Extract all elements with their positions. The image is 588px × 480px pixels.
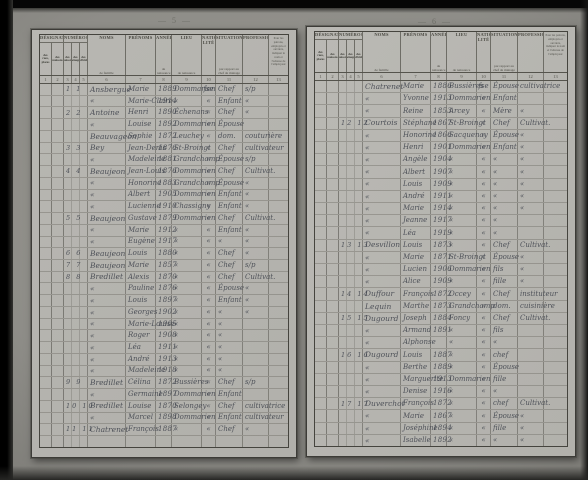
cell-profession: « (243, 295, 269, 306)
cell-designation-2 (52, 178, 64, 189)
cell-birth-place: Grandchamp (447, 301, 477, 312)
cell-designation-2 (327, 313, 339, 324)
cell-family-name: « (88, 389, 126, 400)
cell-situation: Épouse (216, 154, 243, 165)
cell-first-name: André (126, 354, 156, 365)
cell-birth-place: Selongey (172, 401, 202, 412)
table-row: « Albert 1905 Dommarien « Enfant « (40, 190, 288, 202)
cell-family-name: « (363, 166, 401, 177)
cell-situation: Enfant (216, 190, 243, 201)
cell-nationality: « (477, 362, 491, 373)
cell-nationality: « (477, 166, 491, 177)
cell-nationality: « (202, 154, 216, 165)
cell-designation-2 (327, 105, 339, 116)
cell-family-name: « (88, 330, 126, 341)
cell-designation-2 (52, 342, 64, 353)
cell-family-name: Beaujeon (88, 213, 126, 224)
table-row: « Marie 1867 « « Épouse « (315, 410, 567, 422)
cell-first-name: Léa (401, 227, 431, 238)
table-row: 10 10 Bredillet Louise 1870 Selongey « C… (40, 401, 288, 413)
cell-birth-place: « (447, 337, 477, 348)
cell-designation-1 (40, 248, 52, 259)
cell-birth-year: 1887 (156, 424, 172, 435)
cell-first-name: Albert (126, 190, 156, 201)
scanned-census-register: — 5 — — 6 — DÉSIGNATION des rues, places… (0, 0, 588, 480)
table-row: « Pauline 1876 « « Épouse « (40, 283, 288, 295)
cell-birth-year: 1889 (431, 362, 447, 373)
cell-observations (269, 201, 288, 212)
cell-family-name (88, 436, 126, 447)
cell-nationality: « (477, 374, 491, 385)
cell-observations (544, 154, 567, 165)
cell-first-name: François (126, 424, 156, 435)
scanner-edge-bottom (0, 466, 588, 480)
cell-household-number (64, 225, 88, 236)
cell-profession (518, 215, 544, 226)
cell-designation-1 (315, 349, 327, 360)
cell-observations (269, 366, 288, 377)
cell-designation-2 (52, 166, 64, 177)
cell-nationality: « (477, 203, 491, 214)
cell-nationality: « (477, 398, 491, 409)
cell-birth-place: « (447, 362, 477, 373)
cell-designation-2 (327, 386, 339, 397)
cell-nationality: « (202, 237, 216, 248)
cell-situation: « (216, 342, 243, 353)
cell-birth-place: « (447, 325, 477, 336)
cell-household-number: 12 12 (339, 118, 363, 129)
cell-birth-place: « (172, 342, 202, 353)
cell-birth-year: 1905 (156, 319, 172, 330)
table-row: « Henri 1901 Dommarien « Enfant « (315, 142, 567, 154)
cell-profession: « (518, 203, 544, 214)
cell-birth-year: 1872 (156, 377, 172, 388)
cell-designation-2 (52, 366, 64, 377)
cell-birth-year: 1907 (431, 166, 447, 177)
cell-designation-2 (327, 252, 339, 263)
cell-designation-1 (315, 81, 327, 92)
census-page-left: DÉSIGNATION des rues, places des maisons… (31, 29, 297, 458)
cell-household-number (339, 325, 363, 336)
cell-family-name: Beaujeon (88, 260, 126, 271)
cell-first-name: Jeanne (401, 215, 431, 226)
table-row: « Louis 1909 « « « « (315, 179, 567, 191)
cell-designation-1 (315, 362, 327, 373)
cell-birth-place: « (172, 283, 202, 294)
cell-household-number (64, 237, 88, 248)
cell-observations (269, 319, 288, 330)
cell-profession: s/p (243, 154, 269, 165)
cell-birth-year: 1873 (431, 240, 447, 251)
cell-observations (544, 264, 567, 275)
scanner-edge-top-shadow (0, 8, 588, 13)
cell-birth-place: Dommarien (172, 119, 202, 130)
cell-designation-2 (52, 260, 64, 271)
cell-first-name: Marcel (126, 413, 156, 424)
table-row: 11 11 Chatrenet François 1887 « « Chef « (40, 424, 288, 436)
cell-first-name: Albert (401, 166, 431, 177)
cell-birth-year: 1910 (156, 201, 172, 212)
header-col-designation: DÉSIGNATION des rues, places des maisons (40, 35, 64, 75)
cell-nationality: « (202, 96, 216, 107)
cell-situation: Épouse (491, 81, 518, 92)
cell-birth-place: Dommarien (172, 413, 202, 424)
cell-nationality: « (202, 413, 216, 424)
cell-observations (544, 179, 567, 190)
cell-designation-2 (52, 377, 64, 388)
cell-situation: Enfant (216, 201, 243, 212)
cell-designation-2 (52, 201, 64, 212)
census-page-right: DÉSIGNATION des rues, places des maisons… (306, 26, 576, 457)
cell-situation: fille (491, 423, 518, 434)
cell-designation-1 (40, 377, 52, 388)
cell-designation-1 (40, 84, 52, 95)
cell-first-name: Honorine (401, 130, 431, 141)
cell-designation-2 (52, 84, 64, 95)
cell-birth-place: « (447, 240, 477, 251)
cell-family-name: « (88, 283, 126, 294)
cell-profession: « (518, 252, 544, 263)
cell-nationality: « (202, 295, 216, 306)
table-row: « Roger 1908 « « « (40, 330, 288, 342)
table-row: « Albert 1907 « « « « (315, 166, 567, 178)
cell-designation-2 (52, 131, 64, 142)
cell-birth-year: 1912 (156, 225, 172, 236)
cell-household-number (64, 96, 88, 107)
cell-designation-2 (52, 319, 64, 330)
cell-family-name: « (363, 252, 401, 263)
cell-nationality: « (477, 386, 491, 397)
cell-first-name: Louis (126, 248, 156, 259)
cell-designation-1 (40, 366, 52, 377)
table-row: « André 1913 « « « (40, 354, 288, 366)
cell-designation-2 (327, 362, 339, 373)
cell-birth-place: « (172, 307, 202, 318)
cell-nationality: fse (477, 81, 491, 92)
cell-designation-1 (40, 96, 52, 107)
cell-designation-1 (315, 240, 327, 251)
cell-family-name: Duverchot (363, 398, 401, 409)
cell-observations (544, 166, 567, 177)
cell-observations (269, 377, 288, 388)
cell-designation-1 (40, 213, 52, 224)
cell-designation-1 (315, 252, 327, 263)
header-col-profession: PROFESSION (518, 32, 544, 72)
cell-first-name: Marguerite (401, 374, 431, 385)
cell-family-name: « (363, 154, 401, 165)
cell-first-name: Sophie (126, 131, 156, 142)
cell-birth-place: Occey (447, 288, 477, 299)
cell-nationality: « (202, 248, 216, 259)
cell-situation: « (216, 354, 243, 365)
cell-designation-2 (327, 349, 339, 360)
census-table-right: DÉSIGNATION des rues, places des maisons… (314, 31, 568, 447)
cell-designation-2 (52, 295, 64, 306)
cell-family-name: Bey (88, 143, 126, 154)
cell-designation-2 (327, 398, 339, 409)
cell-designation-2 (327, 191, 339, 202)
cell-birth-year: 1897 (156, 389, 172, 400)
cell-household-number: 11 11 (64, 424, 88, 435)
cell-first-name: Marie (401, 410, 431, 421)
cell-birth-place: « (172, 354, 202, 365)
table-row: « Honorine 1883 Grandchamp « Épouse « (40, 178, 288, 190)
cell-family-name: « (88, 366, 126, 377)
table-row: 9 9 Bredillet Célina 1872 Bussières « Ch… (40, 377, 288, 389)
cell-birth-year: 1917 (156, 237, 172, 248)
table-row: « Lucienne 1910 Chassigny « Enfant « (40, 201, 288, 213)
cell-profession (243, 436, 269, 447)
cell-situation: Chef (216, 260, 243, 271)
cell-profession (243, 342, 269, 353)
cell-designation-2 (52, 272, 64, 283)
cell-designation-1 (40, 413, 52, 424)
cell-nationality: « (202, 131, 216, 142)
cell-birth-place: Chassigny (172, 201, 202, 212)
cell-situation: « (491, 337, 518, 348)
cell-situation: Chef (216, 143, 243, 154)
cell-nationality: « (202, 143, 216, 154)
cell-birth-year: 1876 (156, 143, 172, 154)
cell-first-name: Henri (126, 107, 156, 118)
cell-observations (269, 154, 288, 165)
cell-family-name: Beauvageon (88, 131, 126, 142)
cell-first-name: André (401, 191, 431, 202)
cell-designation-1 (40, 154, 52, 165)
header-col-profession: PROFESSION (243, 35, 269, 75)
cell-profession (518, 349, 544, 360)
cell-nationality: « (477, 93, 491, 104)
cell-birth-place: « (447, 227, 477, 238)
header-col-prenoms: PRÉNOMS (401, 32, 431, 72)
cell-first-name: Marthe (401, 301, 431, 312)
cell-designation-2 (327, 142, 339, 153)
cell-family-name: Duffour (363, 288, 401, 299)
cell-profession: « (518, 154, 544, 165)
cell-observations (544, 325, 567, 336)
cell-observations (544, 337, 567, 348)
table-row: 12 12 Courtois Stéphane 1867 St-Broingt … (315, 118, 567, 130)
cell-situation: Chef (491, 313, 518, 324)
cell-household-number (64, 283, 88, 294)
cell-family-name: Chatrenet (363, 81, 401, 92)
cell-designation-2 (52, 213, 64, 224)
cell-birth-place: « (172, 366, 202, 377)
cell-birth-place: St-Broingt (172, 143, 202, 154)
cell-birth-year: 1870 (156, 401, 172, 412)
cell-designation-1 (315, 435, 327, 446)
cell-family-name: « (363, 215, 401, 226)
cell-first-name: Alexis (126, 272, 156, 283)
cell-birth-year: 1886 (431, 81, 447, 92)
cell-nationality: « (477, 301, 491, 312)
cell-household-number (339, 276, 363, 287)
cell-family-name: « (363, 337, 401, 348)
cell-observations (544, 362, 567, 373)
cell-birth-year: 1880 (156, 248, 172, 259)
cell-household-number: 8 8 (64, 272, 88, 283)
cell-designation-1 (315, 93, 327, 104)
cell-nationality: « (202, 213, 216, 224)
cell-situation: Chef (216, 272, 243, 283)
table-row: « Marie 1912 « « Enfant « (40, 225, 288, 237)
cell-household-number: 6 6 (64, 248, 88, 259)
cell-designation-2 (327, 118, 339, 129)
cell-first-name: Georges (126, 307, 156, 318)
cell-profession (518, 337, 544, 348)
cell-profession: « (518, 276, 544, 287)
cell-nationality: « (477, 435, 491, 446)
cell-designation-2 (327, 410, 339, 421)
cell-situation: Enfant (216, 96, 243, 107)
cell-situation: « (216, 330, 243, 341)
cell-nationality: « (202, 377, 216, 388)
cell-designation-2 (52, 354, 64, 365)
cell-birth-year: 1879 (156, 213, 172, 224)
cell-birth-place: « (172, 272, 202, 283)
cell-observations (269, 107, 288, 118)
cell-observations (544, 191, 567, 202)
cell-birth-place: Arcey (447, 105, 477, 116)
cell-family-name: Desvillon (363, 240, 401, 251)
cell-profession: « (243, 307, 269, 318)
table-row: 17 17 Duverchot François 1872 « « chef C… (315, 398, 567, 410)
table-row: 7 7 Beaujeon Marie 1857 « « Chef s/p (40, 260, 288, 272)
cell-family-name: « (363, 423, 401, 434)
cell-observations (269, 119, 288, 130)
cell-designation-2 (327, 288, 339, 299)
cell-nationality: « (202, 283, 216, 294)
table-row: 1 1 Ansbergue Marie 1889 Dommarien fse C… (40, 84, 288, 96)
cell-family-name: « (363, 191, 401, 202)
cell-household-number: 15 15 (339, 313, 363, 324)
cell-household-number (339, 227, 363, 238)
header-col-situation: SITUATION par rapport au chef de ménage (491, 32, 518, 72)
cell-birth-place: Dommarien (447, 142, 477, 153)
table-row: Beauvageon Sophie 1872 Leuchey « dom. co… (40, 131, 288, 143)
cell-designation-1 (315, 374, 327, 385)
cell-situation: Chef (216, 401, 243, 412)
cell-household-number (339, 264, 363, 275)
cell-profession: Cultivat. (518, 313, 544, 324)
cell-profession: s/p (243, 260, 269, 271)
cell-observations (544, 227, 567, 238)
table-row: « Honorine 1866 Sacquenay « Épouse « (315, 130, 567, 142)
table-row: « Georges 1902 « « « « (40, 307, 288, 319)
cell-household-number (339, 203, 363, 214)
cell-situation: Enfant (216, 413, 243, 424)
table-row: « Reine 1853 Arcey « Mère « (315, 105, 567, 117)
cell-designation-1 (315, 276, 327, 287)
cell-profession (518, 374, 544, 385)
cell-profession: s/p (243, 84, 269, 95)
cell-profession: « (518, 423, 544, 434)
cell-observations (269, 190, 288, 201)
cell-first-name (126, 436, 156, 447)
table-row: « Louis 1897 « « Enfant « (40, 295, 288, 307)
cell-designation-2 (327, 325, 339, 336)
cell-birth-year: 1881 (156, 154, 172, 165)
cell-nationality: « (202, 389, 216, 400)
cell-observations (269, 248, 288, 259)
cell-birth-place: Foncy (447, 313, 477, 324)
header-col-observations: Pour les patrons, employés et ouvriers, … (544, 32, 567, 72)
table-row: « Marie-Louise 1905 « « « (40, 319, 288, 331)
cell-observations (544, 105, 567, 116)
cell-observations (269, 283, 288, 294)
header-col-numeros: NUMÉROS des maisons des ménages des indi… (339, 32, 363, 72)
cell-birth-place: Dommarien (447, 93, 477, 104)
cell-first-name: Denise (401, 386, 431, 397)
cell-family-name: « (88, 225, 126, 236)
cell-first-name: Marie (401, 203, 431, 214)
cell-profession: « (243, 283, 269, 294)
cell-birth-year: 1901 (431, 142, 447, 153)
cell-situation: Chef (491, 240, 518, 251)
cell-situation: Épouse (216, 119, 243, 130)
cell-profession: cultivateur (243, 413, 269, 424)
cell-situation: « (216, 319, 243, 330)
cell-first-name: Marie-Louise (126, 319, 156, 330)
cell-birth-year: 1883 (156, 178, 172, 189)
cell-household-number (339, 423, 363, 434)
table-row: « Marie 1871 St-Broingt « Épouse « (315, 252, 567, 264)
cell-birth-year: 1911 (156, 342, 172, 353)
cell-birth-year: 1872 (431, 288, 447, 299)
cell-birth-place: « (447, 423, 477, 434)
cell-family-name: « (363, 410, 401, 421)
cell-household-number (339, 154, 363, 165)
cell-family-name: « (363, 374, 401, 385)
cell-household-number (339, 374, 363, 385)
cell-first-name: Armand (401, 325, 431, 336)
cell-profession: cultivatrice (243, 401, 269, 412)
cell-family-name: « (88, 178, 126, 189)
cell-family-name: « (363, 276, 401, 287)
cell-designation-2 (327, 374, 339, 385)
page-number-left: — 5 — (158, 16, 192, 25)
table-row: « Jeanne 1917 « « « (315, 215, 567, 227)
cell-designation-2 (327, 337, 339, 348)
cell-household-number (339, 93, 363, 104)
cell-nationality: « (477, 252, 491, 263)
cell-profession: Cultivat. (518, 118, 544, 129)
header-col-prenoms: PRÉNOMS (126, 35, 156, 75)
cell-household-number (339, 142, 363, 153)
cell-designation-2 (52, 225, 64, 236)
table-row: « Madeleine 1918 « « « (40, 366, 288, 378)
cell-profession: cuisinière (518, 301, 544, 312)
cell-nationality: fse (202, 84, 216, 95)
cell-situation: fille (491, 374, 518, 385)
cell-situation: « (491, 191, 518, 202)
scanner-edge-top (0, 0, 588, 8)
cell-birth-year: 1904 (431, 154, 447, 165)
cell-household-number (64, 436, 88, 447)
cell-situation: fils (491, 325, 518, 336)
cell-birth-year (431, 337, 447, 348)
cell-nationality (202, 436, 216, 447)
cell-first-name: Germaine (126, 389, 156, 400)
table-header: DÉSIGNATION des rues, places des maisons… (40, 35, 288, 76)
cell-designation-1 (40, 107, 52, 118)
table-row: 5 5 Beaujeon Gustave 1879 Dommarien « Ch… (40, 213, 288, 225)
cell-situation: Épouse (216, 178, 243, 189)
cell-nationality: « (202, 366, 216, 377)
cell-birth-place: Grandchamp (172, 154, 202, 165)
cell-birth-year: 1914 (156, 96, 172, 107)
cell-household-number (64, 413, 88, 424)
